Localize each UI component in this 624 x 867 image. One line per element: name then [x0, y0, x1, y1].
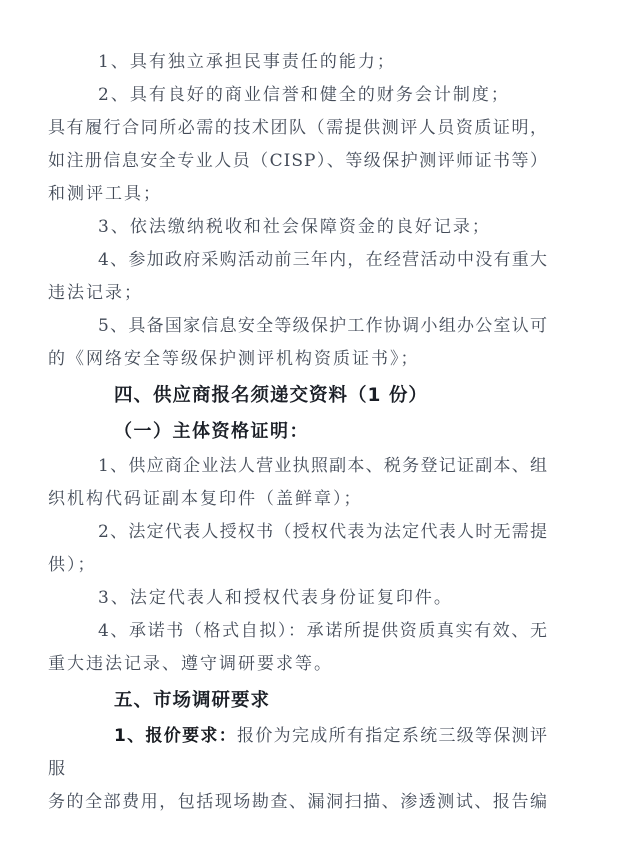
- text-run: 的《网络安全等级保护测评机构资质证书》；: [48, 349, 420, 369]
- paragraph-line: 违法记录；: [48, 277, 548, 310]
- text-run: 1、供应商企业法人营业执照副本、税务登记证副本、组: [98, 456, 548, 476]
- paragraph-line: 3、法定代表人和授权代表身份证复印件。: [48, 582, 548, 615]
- document-page: 1、具有独立承担民事责任的能力；2、具有良好的商业信誉和健全的财务会计制度；具有…: [0, 0, 624, 867]
- paragraph-line: 4、参加政府采购活动前三年内，在经营活动中没有重大: [48, 244, 548, 277]
- paragraph-line: 3、依法缴纳税收和社会保障资金的良好记录；: [48, 211, 548, 244]
- paragraph-line: 2、具有良好的商业信誉和健全的财务会计制度；: [48, 79, 548, 112]
- text-run: 和测评工具；: [48, 184, 162, 204]
- text-run: 3、法定代表人和授权代表身份证复印件。: [98, 588, 453, 608]
- text-run: 务的全部费用，包括现场勘查、漏洞扫描、渗透测试、报告编: [48, 792, 548, 812]
- section-heading: 四、供应商报名须递交资料（1 份）: [48, 379, 548, 412]
- paragraph-line: 具有履行合同所必需的技术团队（需提供测评人员资质证明，: [48, 112, 548, 145]
- bold-text-run: （一）主体资格证明：: [114, 421, 309, 442]
- paragraph-line: 1、具有独立承担民事责任的能力；: [48, 46, 548, 79]
- text-run: 2、具有良好的商业信誉和健全的财务会计制度；: [98, 85, 510, 105]
- text-run: 具有履行合同所必需的技术团队（需提供测评人员资质证明，: [48, 118, 548, 138]
- paragraph-line: 4、承诺书（格式自拟）：承诺所提供资质真实有效、无: [48, 615, 548, 648]
- text-run: 4、参加政府采购活动前三年内，在经营活动中没有重大: [98, 250, 548, 270]
- text-run: 4、承诺书（格式自拟）：承诺所提供资质真实有效、无: [98, 621, 548, 641]
- paragraph-line: 务的全部费用，包括现场勘查、漏洞扫描、渗透测试、报告编: [48, 786, 548, 819]
- paragraph-line: 2、法定代表人授权书（授权代表为法定代表人时无需提: [48, 516, 548, 549]
- paragraph-line: 供）；: [48, 549, 548, 582]
- text-run: 1、具有独立承担民事责任的能力；: [98, 52, 396, 72]
- paragraph-line: 和测评工具；: [48, 178, 548, 211]
- text-run: 重大违法记录、遵守调研要求等。: [48, 654, 333, 674]
- paragraph-line: 1、报价要求：报价为完成所有指定系统三级等保测评服: [48, 720, 548, 786]
- paragraph-line: 如注册信息安全专业人员（CISP）、等级保护测评师证书等）: [48, 145, 548, 178]
- bold-text-run: 四、供应商报名须递交资料（1 份）: [114, 385, 428, 406]
- paragraph-line: 的《网络安全等级保护测评机构资质证书》；: [48, 343, 548, 376]
- bold-text-run: 五、市场调研要求: [114, 690, 270, 711]
- paragraph-line: 织机构代码证副本复印件（盖鲜章）；: [48, 483, 548, 516]
- text-run: 3、依法缴纳税收和社会保障资金的良好记录；: [98, 217, 491, 237]
- text-run: 织机构代码证副本复印件（盖鲜章）；: [48, 489, 363, 509]
- document-body: 1、具有独立承担民事责任的能力；2、具有良好的商业信誉和健全的财务会计制度；具有…: [48, 46, 548, 819]
- paragraph-line: 5、具备国家信息安全等级保护工作协调小组办公室认可: [48, 310, 548, 343]
- text-run: 供）；: [48, 555, 97, 575]
- bold-text-run: 1、报价要求：: [114, 726, 237, 746]
- paragraph-line: 重大违法记录、遵守调研要求等。: [48, 648, 548, 681]
- text-run: 违法记录；: [48, 283, 143, 303]
- text-run: 如注册信息安全专业人员（CISP）、等级保护测评师证书等）: [48, 151, 548, 171]
- text-run: 2、法定代表人授权书（授权代表为法定代表人时无需提: [98, 522, 548, 542]
- text-run: 5、具备国家信息安全等级保护工作协调小组办公室认可: [98, 316, 548, 336]
- section-heading: （一）主体资格证明：: [48, 415, 548, 448]
- section-heading: 五、市场调研要求: [48, 684, 548, 717]
- paragraph-line: 1、供应商企业法人营业执照副本、税务登记证副本、组: [48, 450, 548, 483]
